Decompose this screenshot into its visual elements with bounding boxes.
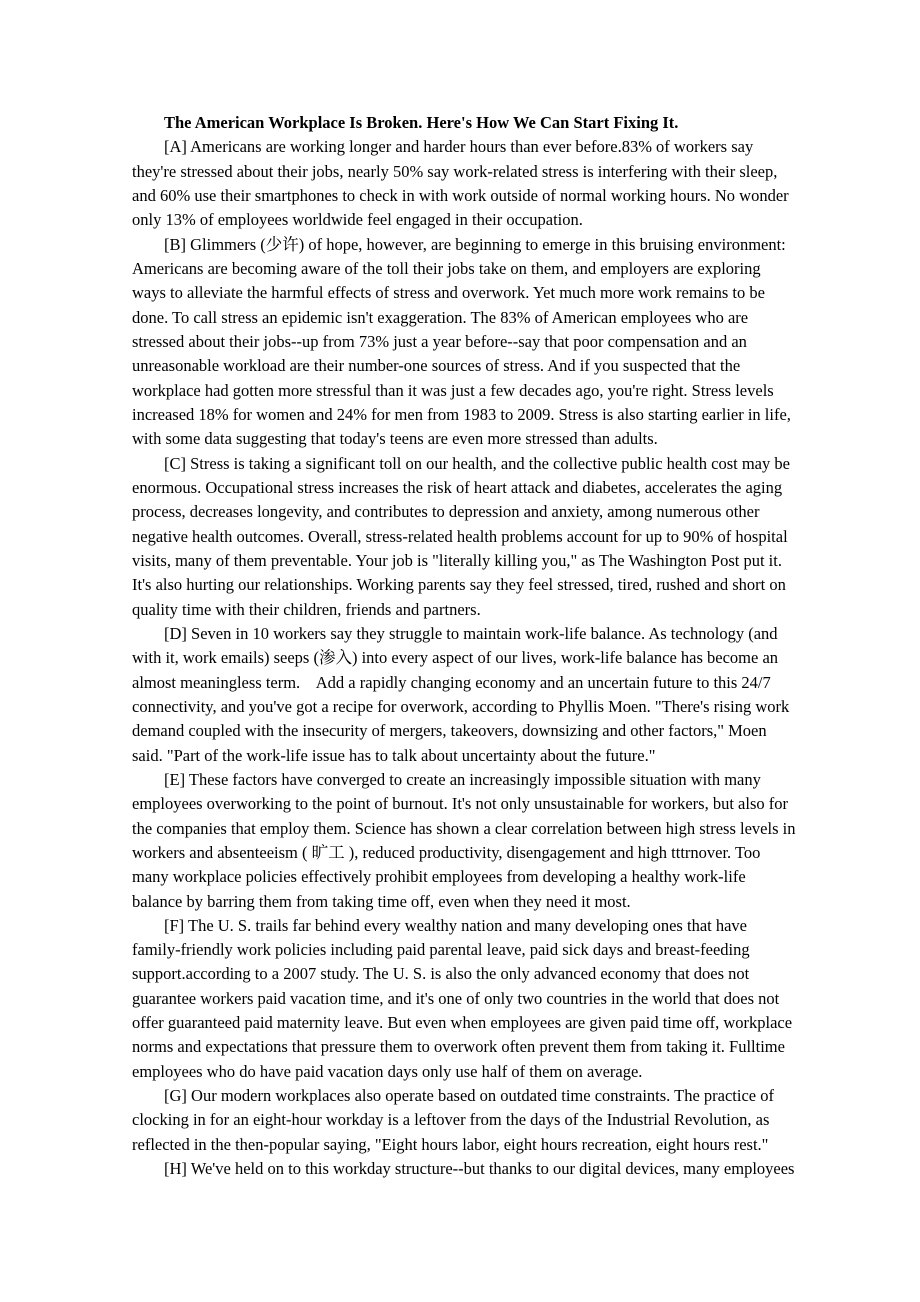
- paragraph-g: [G] Our modern workplaces also operate b…: [132, 1084, 796, 1157]
- paragraph-a: [A] Americans are working longer and har…: [132, 135, 796, 232]
- document-content: The American Workplace Is Broken. Here's…: [132, 111, 796, 1181]
- paragraph-f: [F] The U. S. trails far behind every we…: [132, 914, 796, 1084]
- paragraph-b: [B] Glimmers (少许) of hope, however, are …: [132, 233, 796, 452]
- document-page: The American Workplace Is Broken. Here's…: [0, 0, 920, 1302]
- paragraph-h: [H] We've held on to this workday struct…: [132, 1157, 796, 1181]
- paragraph-e: [E] These factors have converged to crea…: [132, 768, 796, 914]
- paragraph-d: [D] Seven in 10 workers say they struggl…: [132, 622, 796, 768]
- document-title: The American Workplace Is Broken. Here's…: [132, 111, 796, 135]
- paragraph-c: [C] Stress is taking a significant toll …: [132, 452, 796, 622]
